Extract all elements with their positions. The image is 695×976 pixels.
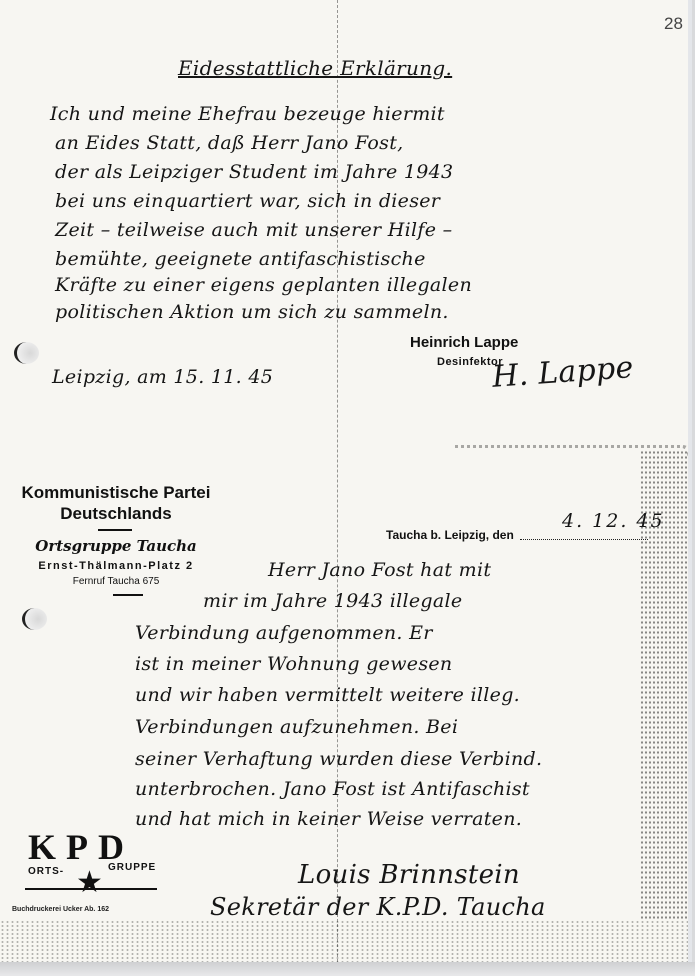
letter-sheet-edge [455,445,692,868]
stamp-name: Heinrich Lappe [410,334,518,351]
letterhead-party: Kommunistische Partei Deutschlands [0,482,236,524]
punch-hole [22,608,47,630]
declaration-line: der als Leipziger Student im Jahre 1943 [55,161,453,183]
letter-line: ist in meiner Wohnung gewesen [135,653,452,675]
kpd-stamp-right-label: GRUPPE [108,862,156,873]
kpd-stamp-left-label: ORTS- [28,866,64,877]
letter-line: und hat mich in keiner Weise verraten. [135,808,522,830]
letter-line: Verbindungen aufzunehmen. Bei [135,716,458,738]
declaration-line: bei uns einquartiert war, sich in dieser [55,190,440,212]
letter-line: Herr Jano Fost hat mit [268,559,491,581]
letterhead-group: Ortsgruppe Taucha [0,537,236,555]
signature-lappe: H. Lappe [491,350,635,395]
declaration-line: Ich und meine Ehefrau bezeuge hiermit [50,103,445,125]
letter-place-label: Taucha b. Leipzig, den [386,528,514,542]
letter-line: Verbindung aufgenommen. Er [135,622,433,644]
letterhead-address: Ernst-Thälmann-Platz 2 [0,560,236,572]
letter-line: und wir haben vermittelt weitere illeg. [135,684,520,706]
letterhead-rule [98,529,132,531]
declaration-line: bemühte, geeignete antifaschistische [55,248,426,270]
scan-speckle-bottom [0,920,688,962]
scan-bottom-edge [0,962,695,976]
letterhead-party-line2: Deutschlands [0,503,236,524]
date-dotted-line [520,539,648,540]
letter-line: unterbrochen. Jano Fost ist Antifaschist [135,778,530,800]
page-number: 28 [664,14,683,34]
star-icon: ★ [76,868,103,898]
letterhead-rule [113,594,143,596]
declaration-place-date: Leipzig, am 15. 11. 45 [52,366,273,388]
printer-note: Buchdruckerei Ucker Ab. 162 [12,906,109,913]
letter-line: seiner Verhaftung wurden diese Verbind. [135,748,542,770]
declaration-line: an Eides Statt, daß Herr Jano Fost, [55,132,403,154]
declaration-title: Eidesstattliche Erklärung. [178,56,452,80]
letter-date: 4. 12. 45 [562,510,665,532]
letterhead-phone: Fernruf Taucha 675 [0,576,236,587]
letterhead-party-line1: Kommunistische Partei [0,482,236,503]
signature-name: Louis Brinnstein [298,860,520,890]
letter-place: Taucha b. Leipzig, den [386,528,514,542]
signature-role: Sekretär der K.P.D. Taucha [210,893,546,921]
punch-hole [14,342,39,364]
letter-line: mir im Jahre 1943 illegale [203,590,462,612]
declaration-line: politischen Aktion um sich zu sammeln. [55,301,449,323]
declaration-line: Zeit – teilweise auch mit unserer Hilfe … [55,219,452,241]
document-page: 28 Eidesstattliche Erklärung. Ich und me… [0,0,692,962]
declaration-line: Kräfte zu einer eigens geplanten illegal… [55,274,472,296]
